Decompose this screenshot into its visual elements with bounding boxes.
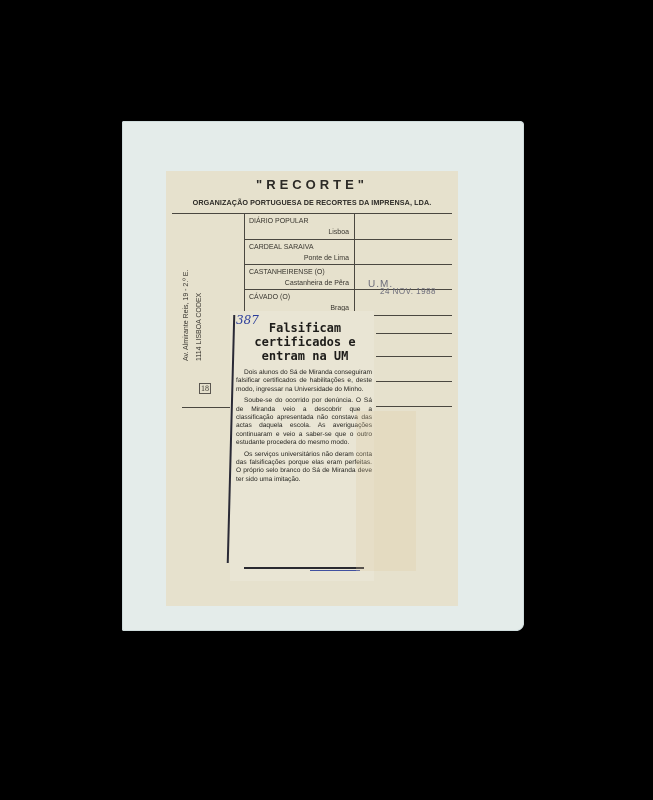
row-rule <box>245 264 452 265</box>
row-rule <box>245 239 452 240</box>
end-rule <box>244 567 364 569</box>
publication-row: Diário Popular Lisboa <box>245 215 353 239</box>
clipping-card: "RECORTE" ORGANIZAÇÃO PORTUGUESA DE RECO… <box>166 171 458 606</box>
publication-row: Cardeal Saraiva Ponte de Lima <box>245 241 353 265</box>
publication-name: Cávado (O) <box>249 294 290 301</box>
publication-place: Lisboa <box>328 229 349 236</box>
paragraph: Os serviços universitários não deram con… <box>236 451 372 485</box>
blank-rule <box>376 381 452 382</box>
newspaper-clipping: 387 Falsificam certificados e entram na … <box>230 311 374 581</box>
page-number: 18 <box>199 383 211 394</box>
publication-name: Castanheirense (O) <box>249 269 325 276</box>
address-line-2: 1114 LISBOA CODEX <box>193 270 206 361</box>
agency-title: "RECORTE" <box>166 177 458 192</box>
paragraph: Soube-se do ocorrido por denúncia. O Sá … <box>236 397 372 447</box>
agency-subtitle: ORGANIZAÇÃO PORTUGUESA DE RECORTES DA IM… <box>166 198 458 207</box>
publication-place: Ponte de Lima <box>304 255 349 262</box>
clipping-border <box>227 315 235 563</box>
stamp-date: 24 NOV. 1988 <box>380 287 436 296</box>
blank-rule <box>376 406 452 407</box>
header-rule <box>172 213 452 214</box>
left-rule <box>182 407 232 408</box>
address-line-1: Av. Almirante Reis, 19 - 2.º E. <box>180 270 193 361</box>
publication-row: Castanheirense (O) Castanheira de Pêra <box>245 266 353 290</box>
publication-name: Cardeal Saraiva <box>249 244 314 251</box>
clipping-headline: Falsificam certificados e entram na UM <box>238 321 372 363</box>
agency-address: Av. Almirante Reis, 19 - 2.º E. 1114 LIS… <box>180 270 206 361</box>
paragraph: Dois alunos do Sá de Miranda conseguiram… <box>236 369 372 394</box>
publication-name: Diário Popular <box>249 218 309 225</box>
blank-rule <box>376 356 452 357</box>
clipping-body: Dois alunos do Sá de Miranda conseguiram… <box>236 369 372 487</box>
end-rule-ink <box>310 570 360 571</box>
publication-place: Castanheira de Pêra <box>285 280 349 287</box>
blank-rule <box>376 333 452 334</box>
date-stamp: U.M. 24 NOV. 1988 <box>368 279 393 290</box>
